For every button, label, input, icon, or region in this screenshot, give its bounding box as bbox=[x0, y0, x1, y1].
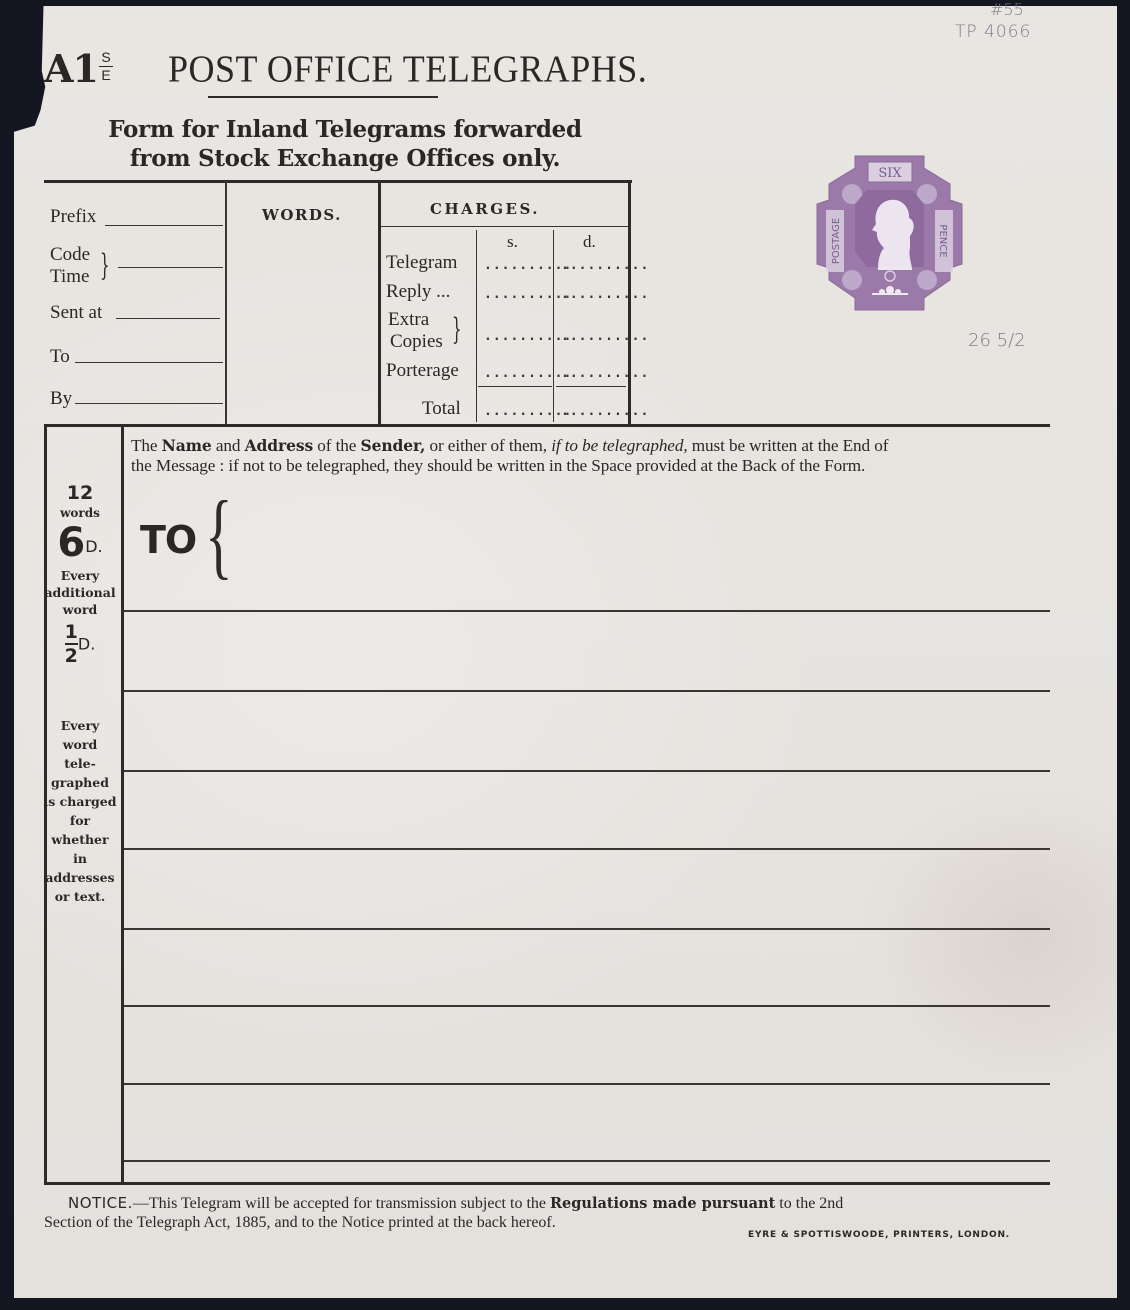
message-line-3[interactable] bbox=[124, 770, 1050, 772]
rate-note-line: Every bbox=[38, 716, 122, 735]
charge-reply-label: Reply ... bbox=[386, 281, 450, 303]
words-count-area[interactable] bbox=[228, 240, 376, 420]
svg-text:PENCE: PENCE bbox=[937, 224, 948, 257]
message-line-1[interactable] bbox=[124, 610, 1050, 612]
rate-price: 6D. bbox=[38, 523, 122, 563]
notice-line-1: NOTICE.—This Telegram will be accepted f… bbox=[44, 1194, 1044, 1213]
to-field[interactable] bbox=[75, 362, 223, 363]
subtitle-line-2: from Stock Exchange Offices only. bbox=[60, 144, 630, 173]
extra-copies-brace: } bbox=[452, 308, 462, 352]
svg-text:SIX: SIX bbox=[878, 166, 902, 181]
message-line-8[interactable] bbox=[124, 1160, 1050, 1162]
words-heading: WORDS. bbox=[262, 206, 342, 224]
pence-col-head: d. bbox=[583, 232, 596, 252]
rate-word-count: 12 bbox=[38, 482, 122, 504]
rate-word: word bbox=[38, 601, 122, 618]
pencil-note-ref: TP 4066 bbox=[955, 22, 1031, 42]
message-line-2[interactable] bbox=[124, 690, 1050, 692]
code-label: Code bbox=[50, 244, 90, 266]
code-time-brace: } bbox=[100, 244, 110, 288]
charge-extra-copies-s[interactable]: .......... bbox=[484, 329, 572, 344]
prefix-field[interactable] bbox=[105, 225, 223, 226]
sent-at-label: Sent at bbox=[50, 302, 102, 324]
rate-note: Every word tele- graphed is charged for … bbox=[38, 716, 122, 906]
charge-porterage-label: Porterage bbox=[386, 360, 459, 382]
top-box-right-border bbox=[628, 181, 631, 424]
charges-heading: CHARGES. bbox=[430, 200, 540, 218]
time-label: Time bbox=[50, 266, 90, 288]
charge-porterage-d[interactable]: .......... bbox=[561, 366, 649, 381]
top-box-top-border bbox=[44, 180, 632, 183]
form-code-suffix: S E bbox=[98, 50, 114, 83]
form-subtitle: Form for Inland Telegrams forwarded from… bbox=[60, 115, 630, 173]
copies-label: Copies bbox=[388, 331, 443, 353]
pencil-note-lot: #55 bbox=[990, 0, 1024, 19]
charge-telegram-s[interactable]: .......... bbox=[484, 258, 572, 273]
queen-victoria-stamp-icon: SIX POSTAGE PENCE bbox=[812, 152, 967, 312]
by-field[interactable] bbox=[75, 403, 223, 404]
message-box-bottom-border bbox=[44, 1182, 1050, 1185]
to-address-brace: { bbox=[205, 487, 233, 583]
divider-office-words bbox=[225, 181, 227, 424]
prefix-label: Prefix bbox=[50, 206, 96, 228]
rate-note-line: whether bbox=[38, 830, 122, 849]
to-heading: TO bbox=[140, 518, 196, 562]
charge-extra-copies-d[interactable]: .......... bbox=[561, 329, 649, 344]
rate-note-line: in bbox=[38, 849, 122, 868]
rate-additional: additional bbox=[38, 584, 122, 601]
rate-note-line: graphed bbox=[38, 773, 122, 792]
message-line-5[interactable] bbox=[124, 928, 1050, 930]
charge-total-d[interactable]: .......... bbox=[561, 404, 649, 419]
subtotal-rule-d bbox=[556, 386, 626, 387]
form-code: A1 bbox=[44, 46, 98, 91]
suffix-top: S bbox=[101, 49, 110, 65]
title-rule bbox=[208, 96, 438, 98]
pencil-note-price: 26 5/2 bbox=[968, 330, 1026, 351]
instructions-line-1: The Name and Address of the Sender, or e… bbox=[131, 436, 1051, 456]
code-time-field[interactable] bbox=[118, 267, 223, 268]
extra-label: Extra bbox=[388, 309, 443, 331]
charge-total-s[interactable]: .......... bbox=[484, 404, 572, 419]
suffix-bottom: E bbox=[101, 67, 110, 83]
code-time-label: Code Time bbox=[50, 244, 90, 288]
svg-text:POSTAGE: POSTAGE bbox=[831, 218, 842, 264]
rate-note-line: is charged bbox=[38, 792, 122, 811]
printer-imprint: EYRE & SPOTTISWOODE, PRINTERS, LONDON. bbox=[748, 1230, 1010, 1240]
rate-note-line: for bbox=[38, 811, 122, 830]
rate-half-penny: 12D. bbox=[38, 622, 122, 666]
legal-notice: NOTICE.—This Telegram will be accepted f… bbox=[44, 1194, 1044, 1232]
message-line-6[interactable] bbox=[124, 1005, 1050, 1007]
charges-heading-rule bbox=[380, 226, 628, 227]
charge-extra-copies-label: Extra Copies bbox=[388, 309, 443, 353]
shillings-col-head: s. bbox=[507, 232, 518, 252]
charge-reply-d[interactable]: .......... bbox=[561, 287, 649, 302]
charge-reply-s[interactable]: .......... bbox=[484, 287, 572, 302]
subtotal-rule-s bbox=[478, 386, 552, 387]
rate-note-line: tele- bbox=[38, 754, 122, 773]
charges-col-divider-1 bbox=[476, 230, 477, 422]
rate-note-line: or text. bbox=[38, 887, 122, 906]
rate-block: 12 words 6D. Every additional word 12D. bbox=[38, 482, 122, 666]
instructions-line-2: the Message : if not to be telegraphed, … bbox=[131, 456, 1051, 476]
embossed-six-pence-stamp: SIX POSTAGE PENCE bbox=[812, 152, 967, 312]
charge-total-label: Total bbox=[422, 398, 461, 420]
rate-every: Every bbox=[38, 567, 122, 584]
subtitle-line-1: Form for Inland Telegrams forwarded bbox=[60, 115, 630, 144]
message-line-4[interactable] bbox=[124, 848, 1050, 850]
sent-at-field[interactable] bbox=[116, 318, 220, 319]
page-title: POST OFFICE TELEGRAPHS. bbox=[168, 47, 647, 91]
recipient-address-area[interactable] bbox=[240, 492, 1040, 602]
message-box-top-border bbox=[44, 424, 1050, 427]
by-label: By bbox=[50, 388, 72, 410]
message-line-7[interactable] bbox=[124, 1083, 1050, 1085]
to-label: To bbox=[50, 346, 70, 368]
charge-telegram-d[interactable]: .......... bbox=[561, 258, 649, 273]
rate-note-line: addresses bbox=[38, 868, 122, 887]
divider-words-charges bbox=[378, 181, 381, 424]
rate-note-line: word bbox=[38, 735, 122, 754]
charge-telegram-label: Telegram bbox=[386, 252, 457, 274]
charge-porterage-s[interactable]: .......... bbox=[484, 366, 572, 381]
sender-instructions: The Name and Address of the Sender, or e… bbox=[131, 436, 1051, 476]
